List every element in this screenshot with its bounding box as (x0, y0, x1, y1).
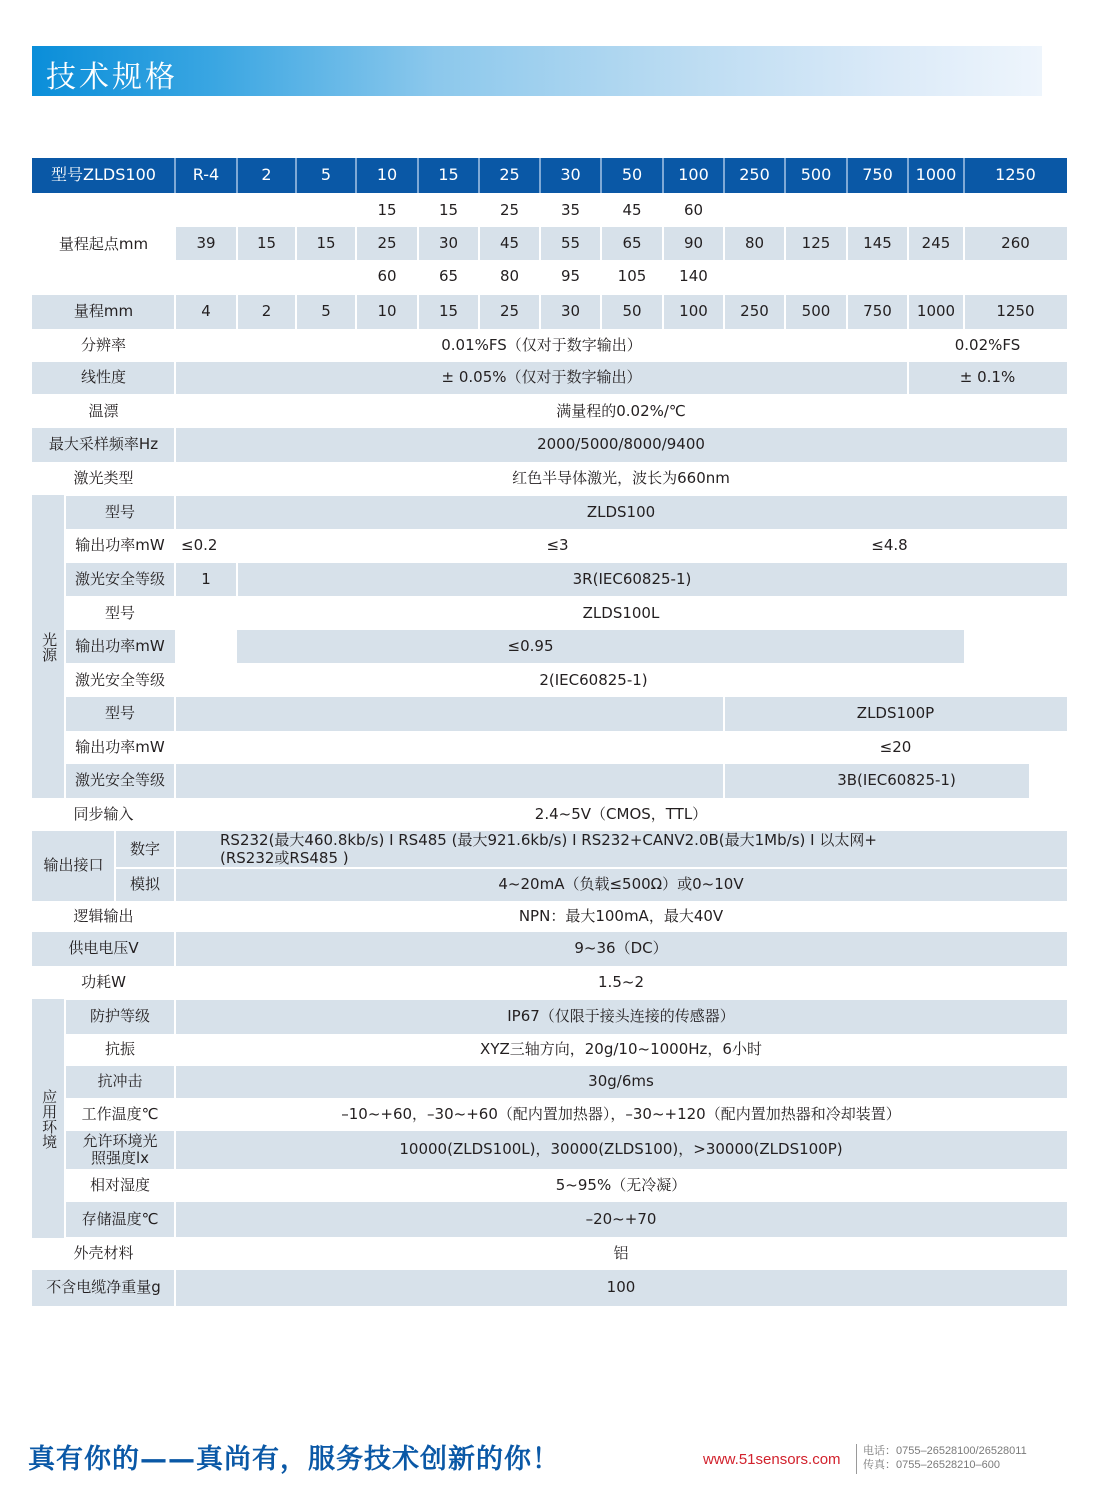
column-divider (236, 295, 238, 329)
zlds100-power-label: 输出功率mW (65, 529, 175, 562)
column-divider (600, 295, 602, 329)
zlds100p-power-value: ≤20 (724, 731, 1067, 764)
column-divider (539, 295, 541, 329)
range-start-min-cell: 60 (663, 195, 724, 227)
header-model-1250: 1250 (964, 158, 1067, 193)
column-divider (64, 999, 66, 1238)
range-label: 量程mm (32, 295, 175, 329)
digital-output-value: RS232(最大460.8kb/s) I RS485 (最大921.6kb/s)… (220, 831, 907, 868)
range-start-cell: 65 (601, 227, 663, 260)
header-model-label: 型号ZLDS100 (32, 158, 175, 193)
linearity-value: ± 0.05%（仅对于数字输出） (175, 362, 908, 394)
temp-drift-value: 满量程的0.02%/℃ (175, 395, 1067, 428)
env-row-label: 存储温度℃ (65, 1202, 175, 1237)
column-divider (784, 158, 786, 193)
column-divider (963, 195, 965, 294)
range-cell: 25 (479, 295, 540, 329)
range-cell: 50 (601, 295, 663, 329)
digital-output-label: 数字 (115, 831, 175, 868)
range-start-min-cell (296, 195, 356, 227)
phone-number: 电话：0755–26528100/26528011 (863, 1444, 1027, 1458)
range-cell: 250 (724, 295, 785, 329)
column-divider (723, 295, 725, 329)
zlds100-model-value: ZLDS100 (175, 496, 1067, 529)
spec-table: 型号ZLDS100R-42510152530501002505007501000… (0, 0, 1102, 1496)
column-divider (907, 195, 909, 294)
output-interface-label: 输出接口 (32, 831, 115, 901)
column-divider (907, 362, 909, 394)
zlds100-class-r4: 1 (175, 563, 237, 596)
range-cell: 5 (296, 295, 356, 329)
range-start-max-cell: 80 (479, 260, 540, 294)
range-start-max-cell: 140 (663, 260, 724, 294)
range-start-max-cell (724, 260, 785, 294)
zlds100p-class-label: 激光安全等级 (65, 764, 175, 798)
zlds100l-power-label: 输出功率mW (65, 630, 175, 663)
env-row-value: IP67（仅限于接头连接的传感器） (175, 1000, 1067, 1034)
column-divider (295, 195, 297, 294)
zlds100-model-label: 型号 (65, 496, 175, 529)
env-row-label: 抗冲击 (65, 1066, 175, 1098)
header-model-15: 15 (418, 158, 479, 193)
header-model-100: 100 (663, 158, 724, 193)
column-divider (417, 195, 419, 294)
range-start-min-cell: 35 (540, 195, 601, 227)
fax-number: 传真：0755–26528210–600 (863, 1458, 1027, 1472)
linearity-label: 线性度 (32, 362, 175, 394)
column-divider (236, 195, 238, 294)
range-cell: 100 (663, 295, 724, 329)
logic-output-label: 逻辑输出 (32, 901, 175, 932)
header-model-5: 5 (296, 158, 356, 193)
column-divider (478, 295, 480, 329)
contact-divider (856, 1444, 857, 1474)
website-link[interactable]: www.51sensors.com (703, 1451, 841, 1468)
range-start-cell: 15 (237, 227, 296, 260)
column-divider (174, 764, 176, 798)
range-start-cell: 90 (663, 227, 724, 260)
ambient-light-label-line2: 照强度lx (91, 1150, 149, 1167)
header-model-1000: 1000 (908, 158, 964, 193)
env-row-value: 10000(ZLDS100L)，30000(ZLDS100)，>30000(ZL… (175, 1131, 1067, 1169)
column-divider (174, 158, 176, 193)
supply-voltage-label: 供电电压V (32, 932, 175, 966)
zlds100p-model-label: 型号 (65, 697, 175, 731)
column-divider (295, 295, 297, 329)
zlds100l-model-value: ZLDS100L (175, 597, 1067, 630)
range-start-max-cell: 95 (540, 260, 601, 294)
column-divider (174, 1270, 176, 1306)
zlds100l-class-label: 激光安全等级 (65, 664, 175, 697)
column-divider (174, 295, 176, 329)
zlds100-class-rest: 3R(IEC60825-1) (237, 563, 1027, 596)
range-cell: 1000 (908, 295, 964, 329)
analog-output-value: 4~20mA（负载≤500Ω）或0~10V (175, 869, 1067, 901)
max-sampling-value: 2000/5000/8000/9400 (175, 428, 1067, 462)
range-start-cell: 25 (356, 227, 418, 260)
light-source-group-label: 光源 (32, 495, 65, 798)
column-divider (236, 158, 238, 193)
range-start-min-cell (785, 195, 847, 227)
column-divider (355, 195, 357, 294)
zlds100p-model-value: ZLDS100P (724, 697, 1067, 731)
header-model-30: 30 (540, 158, 601, 193)
column-divider (784, 195, 786, 294)
column-divider (236, 563, 238, 596)
range-start-cell: 245 (908, 227, 964, 260)
zlds100-power-wide: ≤4.8 (815, 529, 964, 562)
header-model-500: 500 (785, 158, 847, 193)
sync-input-label: 同步输入 (32, 798, 175, 831)
contact-info: 电话：0755–26528100/26528011 传真：0755–265282… (863, 1444, 1027, 1472)
ambient-light-label-line1: 允许环境光 (82, 1133, 157, 1150)
housing-material-value: 铝 (175, 1238, 1067, 1270)
range-start-cell: 145 (847, 227, 908, 260)
env-row-value: –10~+60，–30~+60（配内置加热器），–30~+120（配内置加热器和… (175, 1098, 1067, 1131)
column-divider (539, 158, 541, 193)
range-start-max-cell: 60 (356, 260, 418, 294)
range-start-max-cell (908, 260, 964, 294)
range-start-cell: 15 (296, 227, 356, 260)
logic-output-value: NPN：最大100mA，最大40V (175, 901, 1067, 932)
column-divider (723, 764, 725, 798)
range-start-min-cell (724, 195, 785, 227)
zlds100-power-r4: ≤0.2 (175, 529, 237, 562)
analog-output-label: 模拟 (115, 869, 175, 901)
column-divider (662, 295, 664, 329)
column-divider (64, 495, 66, 798)
header-model-750: 750 (847, 158, 908, 193)
range-cell: 30 (540, 295, 601, 329)
range-start-min-cell: 45 (601, 195, 663, 227)
column-divider (600, 195, 602, 294)
column-divider (907, 158, 909, 193)
column-divider (723, 158, 725, 193)
column-divider (662, 195, 664, 294)
temp-drift-label: 温漂 (32, 395, 175, 428)
zlds100l-model-label: 型号 (65, 597, 175, 630)
range-start-max-cell (964, 260, 1067, 294)
column-divider (963, 295, 965, 329)
column-divider (174, 362, 176, 394)
env-row-label: 防护等级 (65, 1000, 175, 1034)
column-divider (846, 295, 848, 329)
housing-material-label: 外壳材料 (32, 1238, 175, 1270)
header-model-25: 25 (479, 158, 540, 193)
range-start-max-cell (847, 260, 908, 294)
range-start-min-cell (237, 195, 296, 227)
range-start-cell: 125 (785, 227, 847, 260)
laser-type-label: 激光类型 (32, 462, 175, 495)
column-divider (417, 158, 419, 193)
column-divider (174, 428, 176, 462)
column-divider (784, 295, 786, 329)
env-row-value: –20~+70 (175, 1202, 1067, 1237)
range-cell: 500 (785, 295, 847, 329)
column-divider (846, 158, 848, 193)
range-start-min-cell (964, 195, 1067, 227)
column-divider (478, 195, 480, 294)
range-start-max-cell: 65 (418, 260, 479, 294)
env-row-value: 5~95%（无冷凝） (175, 1169, 1067, 1202)
column-divider (478, 158, 480, 193)
max-sampling-label: 最大采样频率Hz (32, 428, 175, 462)
net-weight-value: 100 (175, 1270, 1067, 1306)
column-divider (174, 563, 176, 596)
column-divider (662, 158, 664, 193)
zlds100p-class-value: 3B(IEC60825-1) (724, 764, 1029, 798)
resolution-label: 分辨率 (32, 330, 175, 362)
range-start-max-cell (785, 260, 847, 294)
zlds100-power-mid: ≤3 (237, 529, 878, 562)
range-start-cell: 39 (175, 227, 237, 260)
range-cell: 15 (418, 295, 479, 329)
range-start-max-cell: 105 (601, 260, 663, 294)
column-divider (295, 158, 297, 193)
sync-input-value: 2.4~5V（CMOS，TTL） (175, 798, 1067, 831)
power-consumption-label: 功耗W (32, 966, 175, 999)
range-start-cell: 45 (479, 227, 540, 260)
column-divider (114, 831, 116, 901)
header-model-10: 10 (356, 158, 418, 193)
range-start-min-cell (175, 195, 237, 227)
column-divider (963, 158, 965, 193)
column-divider (907, 295, 909, 329)
range-start-label: 量程起点mm (32, 195, 175, 294)
header-model-2: 2 (237, 158, 296, 193)
range-start-max-cell (237, 260, 296, 294)
column-divider (174, 932, 176, 966)
column-divider (174, 496, 176, 529)
column-divider (417, 295, 419, 329)
laser-type-value: 红色半导体激光，波长为660nm (175, 462, 1067, 495)
resolution-value: 0.01%FS（仅对于数字输出） (175, 330, 908, 362)
range-start-cell: 80 (724, 227, 785, 260)
column-divider (600, 158, 602, 193)
row-divider (115, 867, 1067, 869)
column-divider (846, 195, 848, 294)
range-cell: 750 (847, 295, 908, 329)
linearity-value-wide: ± 0.1% (908, 362, 1067, 394)
range-start-cell: 30 (418, 227, 479, 260)
header-model-50: 50 (601, 158, 663, 193)
range-start-max-cell (175, 260, 237, 294)
range-start-min-cell: 15 (418, 195, 479, 227)
range-cell: 2 (237, 295, 296, 329)
zlds100l-power-value: ≤0.95 (237, 630, 964, 663)
column-divider (174, 195, 176, 294)
column-divider (355, 295, 357, 329)
power-consumption-value: 1.5~2 (175, 966, 1067, 999)
column-divider (723, 195, 725, 294)
env-row-value: XYZ三轴方向，20g/10~1000Hz，6小时 (175, 1034, 1067, 1066)
footer-slogan: 真有你的——真尚有，服务技术创新的你！ (28, 1437, 560, 1476)
zlds100p-power-label: 输出功率mW (65, 731, 175, 764)
env-row-label: 允许环境光照强度lx (65, 1131, 175, 1169)
supply-voltage-value: 9~36（DC） (175, 932, 1067, 966)
range-start-cell: 55 (540, 227, 601, 260)
column-divider (174, 831, 176, 901)
zlds100l-class-value: 2(IEC60825-1) (175, 664, 1067, 697)
env-row-label: 工作温度℃ (65, 1098, 175, 1131)
range-start-min-cell: 15 (356, 195, 418, 227)
resolution-value-wide: 0.02%FS (908, 330, 1067, 362)
range-start-cell: 260 (964, 227, 1067, 260)
column-divider (355, 158, 357, 193)
column-divider (723, 697, 725, 731)
range-start-min-cell (908, 195, 964, 227)
environment-group-label: 应用环境 (32, 999, 65, 1238)
column-divider (539, 195, 541, 294)
range-cell: 4 (175, 295, 237, 329)
header-model-250: 250 (724, 158, 785, 193)
range-cell: 10 (356, 295, 418, 329)
range-start-min-cell: 25 (479, 195, 540, 227)
range-start-min-cell (847, 195, 908, 227)
net-weight-label: 不含电缆净重量g (32, 1270, 175, 1306)
header-model-R-4: R-4 (175, 158, 237, 193)
range-cell: 1250 (964, 295, 1067, 329)
env-row-label: 抗振 (65, 1034, 175, 1066)
zlds100-class-label: 激光安全等级 (65, 563, 175, 596)
range-start-max-cell (296, 260, 356, 294)
env-row-label: 相对湿度 (65, 1169, 175, 1202)
env-row-value: 30g/6ms (175, 1066, 1067, 1098)
column-divider (174, 697, 176, 731)
